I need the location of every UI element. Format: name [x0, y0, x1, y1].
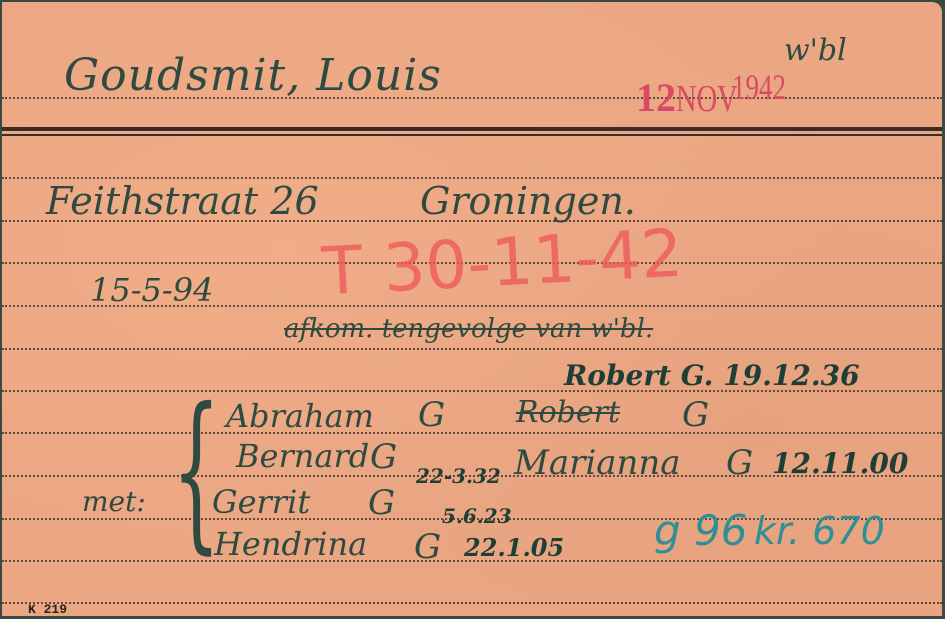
child-mark: G: [370, 440, 397, 474]
child-name: Hendrina: [214, 528, 367, 560]
with-label: met:: [82, 488, 146, 516]
child-date: 22-3.32: [416, 466, 501, 486]
status-note: w'bl: [784, 36, 847, 66]
address: Feithstraat 26: [46, 182, 319, 220]
ruled-line: [2, 432, 942, 434]
child-date: 5.6.23: [442, 506, 512, 526]
struck-child-name: Robert: [516, 398, 620, 428]
spouse-name: Marianna: [514, 446, 681, 480]
stamp-year: 1942: [732, 66, 786, 108]
child-mark: G: [418, 398, 445, 432]
child-mark: G: [368, 486, 395, 520]
spouse-mark: G: [726, 446, 753, 480]
child-date: 22.1.05: [464, 536, 564, 560]
date-stamp: 12NOV1942: [636, 74, 804, 121]
blue-annotation-number: kr. 670: [754, 512, 885, 550]
person-name: Goudsmit, Louis: [64, 54, 442, 98]
ruled-line: [2, 602, 942, 604]
stamp-month: NOV: [676, 77, 738, 121]
child-note: Robert G. 19.12.36: [564, 362, 860, 390]
city: Groningen.: [420, 182, 636, 220]
struck-child-mark: G: [682, 398, 709, 432]
header-divider-thin: [2, 134, 942, 136]
child-name: Gerrit: [212, 486, 310, 518]
index-card: Goudsmit, Louis w'bl 12NOV1942 Feithstra…: [2, 2, 942, 616]
child-mark: G: [414, 530, 441, 564]
child-name: Abraham: [226, 400, 374, 432]
deportation-annotation: T 30-11-42: [321, 221, 685, 306]
ruled-line: [2, 348, 942, 350]
birth-date: 15-5-94: [90, 274, 213, 306]
struck-note: afkom. tengevolge van w'bl.: [284, 316, 653, 342]
child-name: Bernard: [236, 440, 369, 472]
spouse-date: 12.11.00: [772, 450, 908, 478]
header-divider-thick: [2, 127, 942, 131]
stamp-day: 12: [636, 75, 676, 120]
form-number: K 219: [28, 602, 67, 616]
blue-annotation-code: g 96: [654, 510, 747, 552]
